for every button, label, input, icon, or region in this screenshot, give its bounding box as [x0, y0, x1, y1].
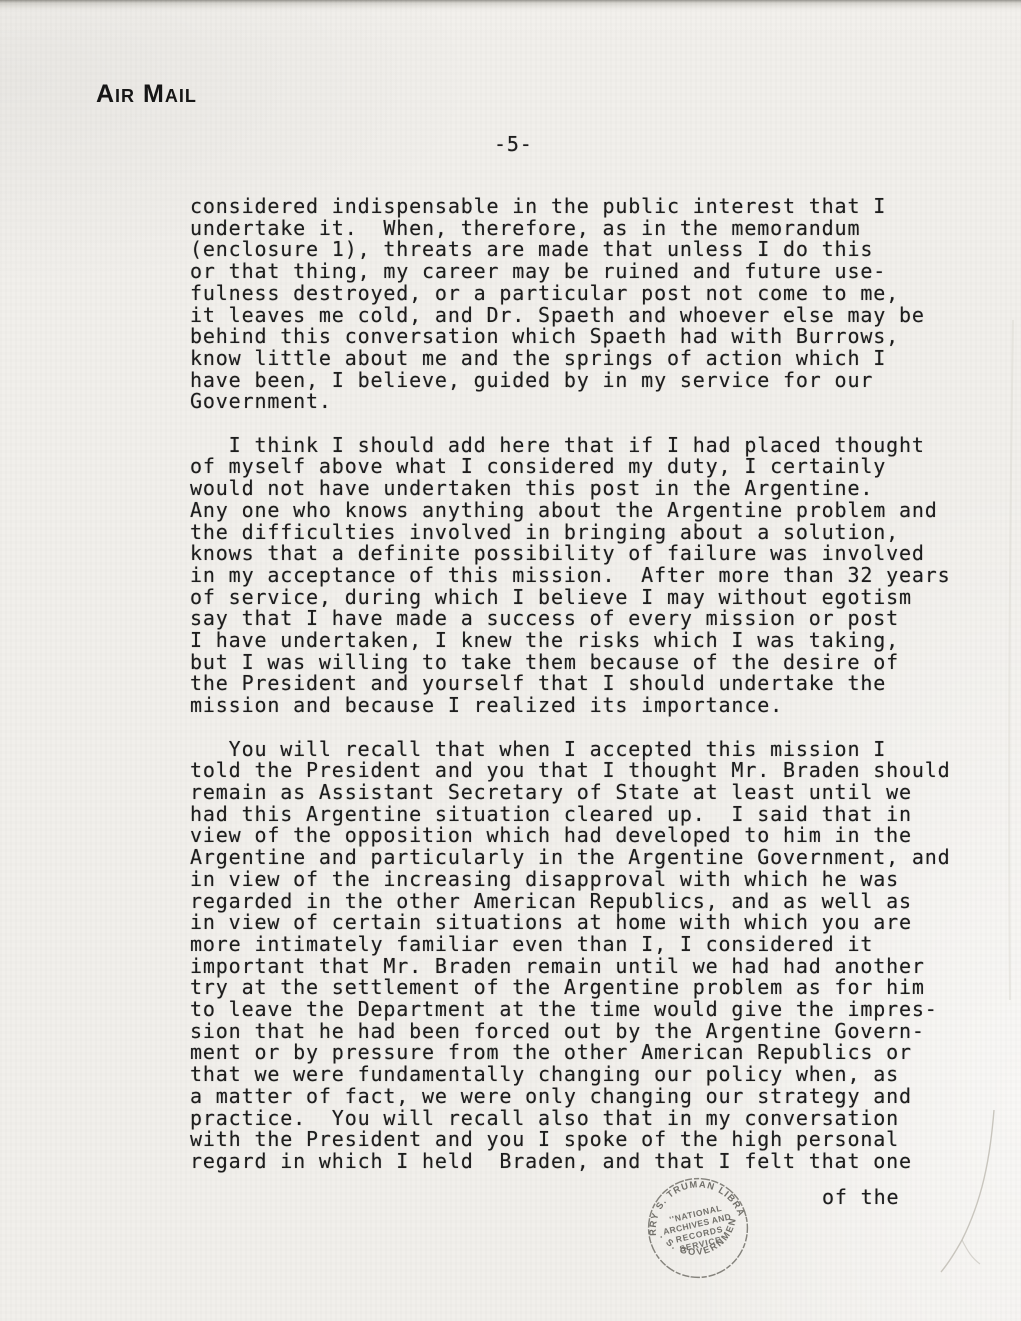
closing-fragment: of the	[822, 1185, 899, 1209]
air-mail-label: Air Mail	[96, 80, 197, 109]
letter-body: considered indispensable in the public i…	[190, 196, 951, 1173]
page-number: -5-	[494, 132, 533, 156]
